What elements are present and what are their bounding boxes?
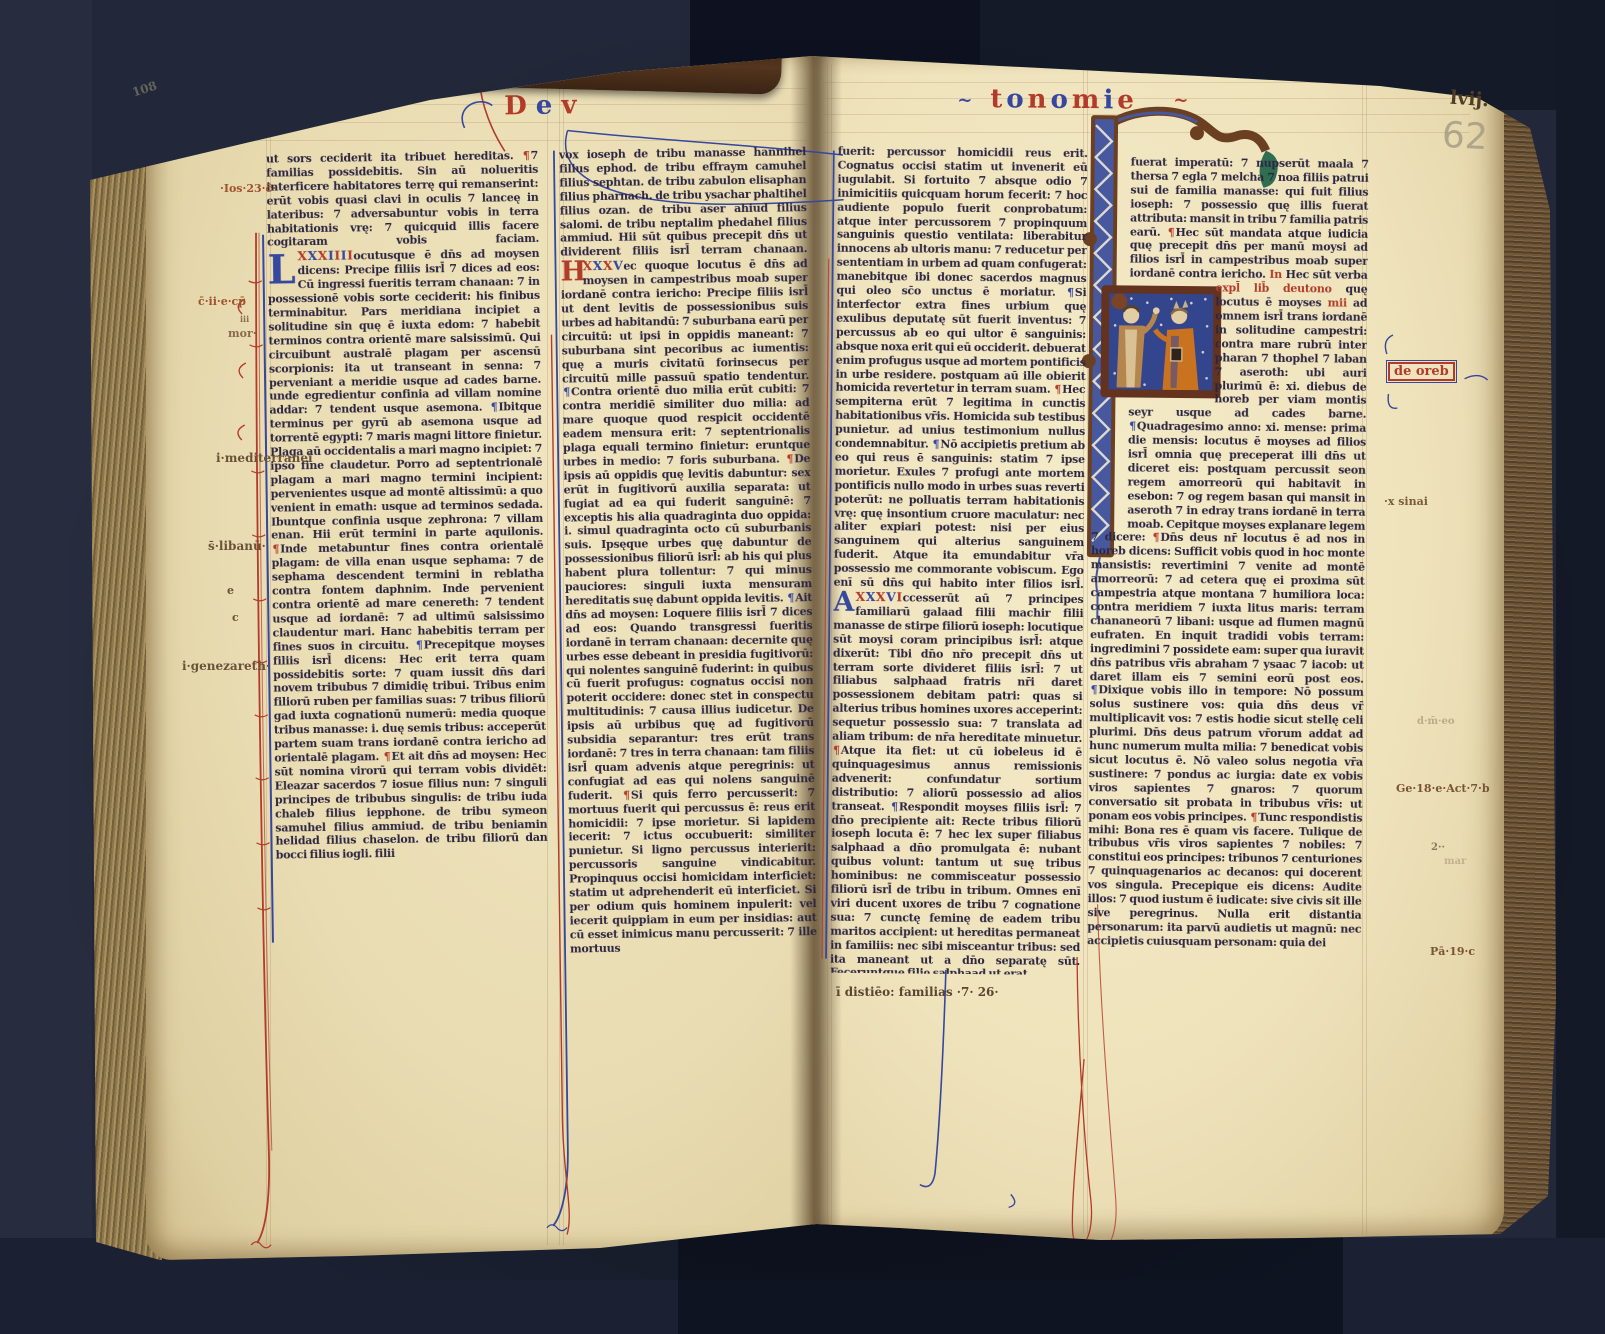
margin-note: ·x sinai (1384, 495, 1428, 508)
margin-note: s̄·libanū· (208, 539, 266, 553)
margin-note: iii (240, 314, 249, 324)
margin-note: mor· (228, 327, 257, 340)
margin-note: i·mediterranei (216, 451, 313, 465)
margin-note: c (232, 611, 239, 624)
margin-note: 2·· (1431, 842, 1445, 853)
manuscript-photo: { "photo": { "description": "Opening of … (0, 0, 1605, 1334)
margin-note: d·m̄·eo (1417, 716, 1455, 727)
margin-note: i·genezareth· (182, 659, 270, 673)
margin-note: ·Ios·23·c̄· (220, 182, 276, 195)
margin-note: 108 (130, 78, 158, 99)
margin-note: lvij. (1449, 87, 1489, 112)
margin-note: 62 (1441, 115, 1489, 158)
margin-note-boxed: de oreb (1388, 362, 1455, 381)
margin-note: mar (1444, 856, 1466, 867)
marginalia-layer: ·Ios·23·c̄·c̄·ii·e·cp̄iiimor·i·mediterra… (0, 0, 1605, 1334)
margin-note: Pā·19·c (1430, 945, 1475, 958)
margin-note: Ge·18·e·Act·7·b (1396, 782, 1490, 795)
margin-note: e (227, 584, 234, 597)
margin-note: ī distiēo: familias ·7· 26· (836, 985, 999, 999)
margin-note: c̄·ii·e·cp̄ (198, 295, 246, 308)
